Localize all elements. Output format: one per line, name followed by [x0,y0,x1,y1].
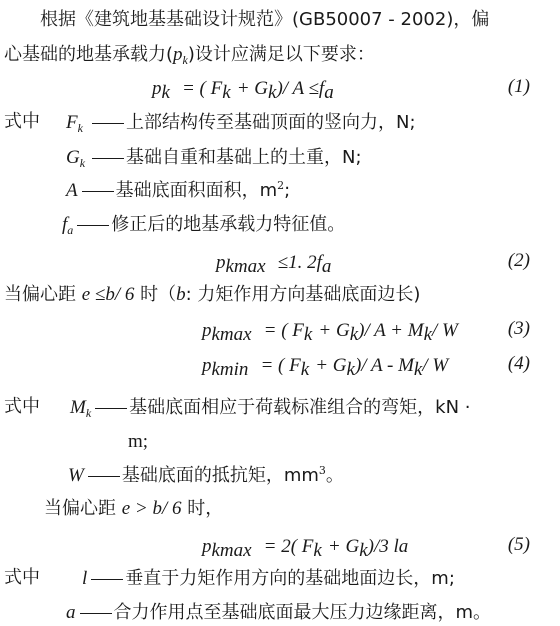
case-eccentricity-small: 当偏心距 e ≤b/ 6 时（b: 力矩作用方向基础底面边长) [4,283,420,307]
dash-icon [77,225,109,226]
dash-icon [88,476,120,477]
definition-Mk: Mk基础底面相应于荷载标准组合的弯矩，kN · [70,395,471,420]
intro-text-end: )设计应满足以下要求： [188,44,375,65]
equation-2: pkmax ≤1. 2fa [216,250,331,275]
definition-l: l垂直于力矩作用方向的基础地面边长，m; [82,566,455,591]
pk-symbol: pk [173,44,188,65]
equation-number-4: (4) [508,353,530,375]
definition-fa: fa修正后的地基承载力特征值。 [62,212,345,237]
equation-3: pkmax = ( Fk + Gk)/ A + Mk/ W [202,318,458,343]
definition-Gk: Gk基础自重和基础上的土重，N; [66,145,362,170]
definition-Mk-continued: m; [128,430,148,454]
where-label: 式中 [4,566,40,590]
dash-icon [92,123,124,124]
equation-number-1: (1) [508,76,530,98]
case-eccentricity-large: 当偏心距 e > b/ 6 时， [44,497,223,521]
where-label: 式中 [4,395,40,419]
equation-4: pkmin = ( Fk + Gk)/ A - Mk/ W [202,353,448,378]
equation-number-2: (2) [508,250,530,272]
where-label: 式中 [4,110,40,134]
dash-icon [91,579,123,580]
dash-icon [95,408,127,409]
equation-number-5: (5) [508,534,530,556]
equation-5: pkmax = 2( Fk + Gk)/3 la [202,534,408,559]
dash-icon [82,191,114,192]
intro-text: 心基础的地基承载力( [4,44,173,65]
definition-W: W基础底面的抵抗矩，mm3。 [68,463,344,488]
dash-icon [92,158,124,159]
definition-A: A基础底面积面积，m2; [66,178,290,203]
dash-icon [80,613,112,614]
equation-number-3: (3) [508,318,530,340]
definition-Fk: Fk上部结构传至基础顶面的竖向力，N; [66,110,416,135]
intro-paragraph-line-2: 心基础的地基承载力(pk)设计应满足以下要求： [4,43,375,67]
equation-1: pk = ( Fk + Gk)/ A ≤fa [152,76,334,101]
definition-a: a合力作用点至基础底面最大压力边缘距离，m。 [66,600,491,625]
intro-paragraph-line-1: 根据《建筑地基基础设计规范》(GB50007 - 2002)，偏 [40,8,489,32]
